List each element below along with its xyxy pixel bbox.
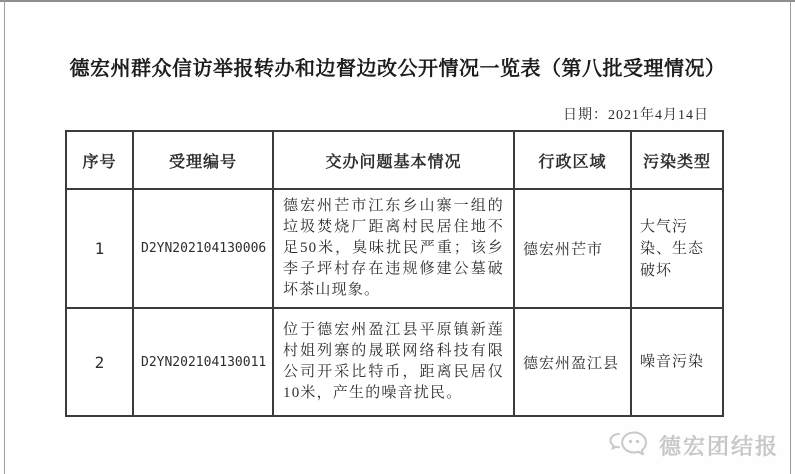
column-header-description: 交办问题基本情况 [273, 131, 514, 189]
cell-region: 德宏州盈江县 [514, 308, 631, 416]
cell-index: 1 [66, 189, 133, 308]
table-row: 2 D2YN202104130011 位于德宏州盈江县平原镇新莲村姐列寨的晟联网… [66, 308, 723, 416]
cases-table: 序号 受理编号 交办问题基本情况 行政区域 污染类型 1 D2YN2021041… [65, 130, 724, 417]
column-header-case-number: 受理编号 [133, 131, 273, 189]
cell-case-number: D2YN202104130011 [133, 308, 273, 416]
column-header-region: 行政区域 [514, 131, 631, 189]
table-header-row: 序号 受理编号 交办问题基本情况 行政区域 污染类型 [66, 131, 723, 189]
scanned-document-page: 德宏州群众信访举报转办和边督边改公开情况一览表（第八批受理情况） 日期：2021… [0, 0, 795, 474]
cell-description: 德宏州芒市江东乡山寨一组的垃圾焚烧厂距离村民居住地不足50米，臭味扰民严重；该乡… [273, 189, 514, 308]
publisher-name: 德宏团结报 [659, 430, 779, 461]
cell-region: 德宏州芒市 [514, 189, 631, 308]
chat-bubbles-icon [608, 428, 650, 462]
table-row: 1 D2YN202104130006 德宏州芒市江东乡山寨一组的垃圾焚烧厂距离村… [66, 189, 723, 308]
column-header-pollution-type: 污染类型 [631, 131, 723, 189]
cell-case-number: D2YN202104130006 [133, 189, 273, 308]
cell-pollution-type: 大气污染、生态破坏 [631, 189, 723, 308]
page-title: 德宏州群众信访举报转办和边督边改公开情况一览表（第八批受理情况） [0, 52, 795, 81]
cell-pollution-type: 噪音污染 [631, 308, 723, 416]
cell-index: 2 [66, 308, 133, 416]
cell-description: 位于德宏州盈江县平原镇新莲村姐列寨的晟联网络科技有限公司开采比特币，距离民居仅1… [273, 308, 514, 416]
publisher-watermark: 德宏团结报 [608, 428, 779, 462]
column-header-index: 序号 [66, 131, 133, 189]
date-label: 日期：2021年4月14日 [563, 104, 709, 124]
scan-edge-top [0, 0, 795, 2]
